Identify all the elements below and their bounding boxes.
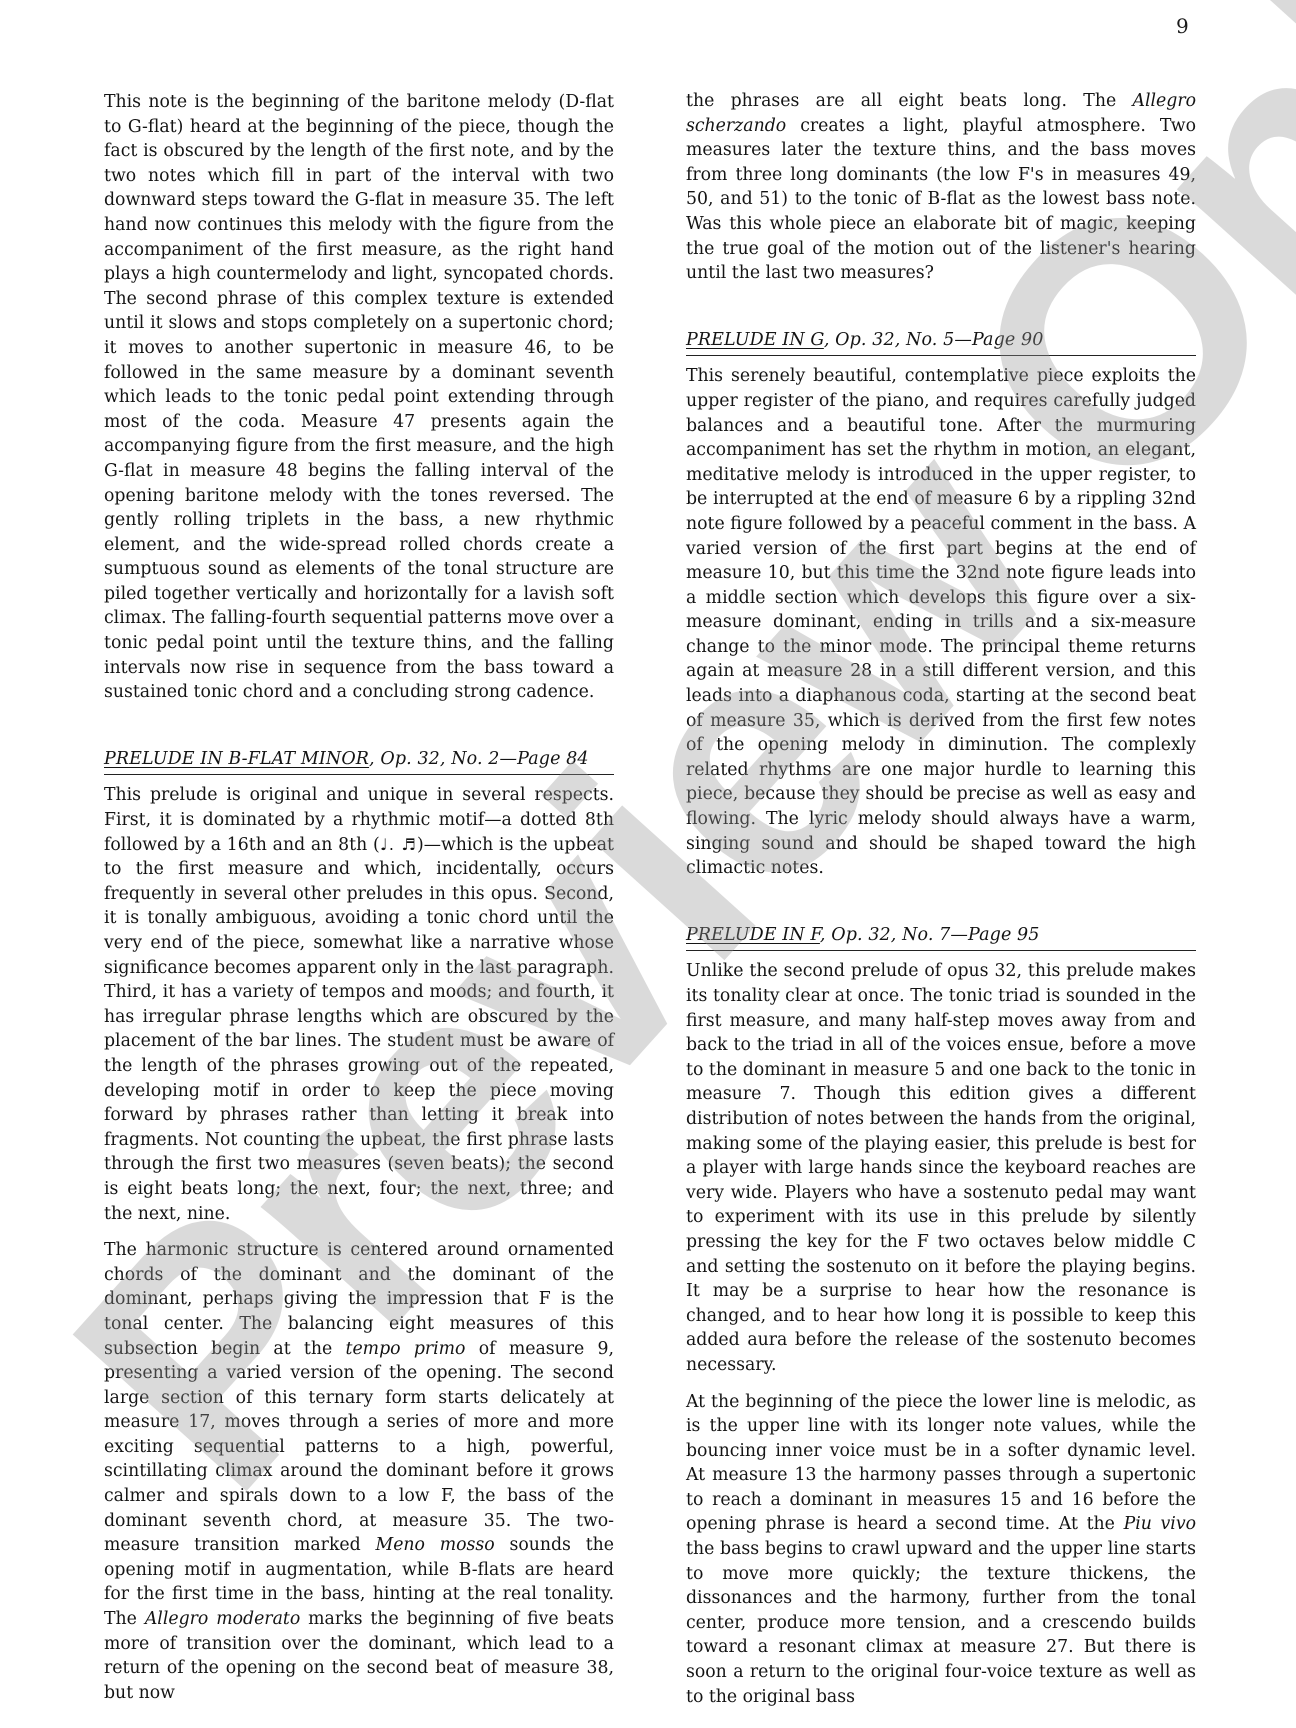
text-run: )—which is the upbeat to the first measu… xyxy=(104,835,614,1224)
section-heading-b-flat-minor: PRELUDE IN B-FLAT MINOR, Op. 32, No. 2—P… xyxy=(104,747,614,776)
heading-opus: , Op. 32, No. 2—Page 84 xyxy=(369,749,589,769)
f-major-paragraph-2: At the beginning of the piece the lower … xyxy=(686,1390,1196,1710)
left-column: This note is the beginning of the barito… xyxy=(104,90,614,1717)
heading-title: PRELUDE IN B-FLAT MINOR xyxy=(104,749,369,769)
b-flat-minor-paragraph-1: This prelude is original and unique in s… xyxy=(104,783,614,1226)
tempo-marking: Piu vivo xyxy=(1124,1514,1196,1534)
heading-title: PRELUDE IN F xyxy=(686,925,820,945)
page-number: 9 xyxy=(1176,14,1189,38)
right-column: the phrases are all eight beats long. Th… xyxy=(686,89,1196,1721)
text-run: of measure 9, presenting a varied versio… xyxy=(104,1339,614,1556)
rhythm-notation-icon: ♩. ♬ xyxy=(380,835,417,854)
text-run: At the beginning of the piece the lower … xyxy=(686,1392,1196,1535)
section-heading-f-major: PRELUDE IN F, Op. 32, No. 7—Page 95 xyxy=(686,923,1196,952)
document-page: 9 This note is the beginning of the bari… xyxy=(0,0,1296,1728)
text-run: the phrases are all eight beats long. Th… xyxy=(686,91,1133,111)
section-heading-g-major: PRELUDE IN G, Op. 32, No. 5—Page 90 xyxy=(686,328,1196,357)
tempo-marking: Allegro moderato xyxy=(145,1609,300,1629)
g-major-paragraph: This serenely beautiful, contemplative p… xyxy=(686,364,1196,880)
text-run: creates a light, playful atmosphere. Two… xyxy=(686,116,1196,284)
heading-opus: , Op. 32, No. 7—Page 95 xyxy=(820,925,1040,945)
text-run: the bass begins to crawl upward and the … xyxy=(686,1539,1196,1707)
b-flat-minor-paragraph-2: The harmonic structure is centered aroun… xyxy=(104,1238,614,1705)
heading-title: PRELUDE IN G xyxy=(686,330,824,350)
f-major-paragraph-1: Unlike the second prelude of opus 32, th… xyxy=(686,959,1196,1377)
continuation-paragraph: the phrases are all eight beats long. Th… xyxy=(686,89,1196,286)
tempo-marking: tempo primo xyxy=(346,1339,466,1359)
heading-opus: , Op. 32, No. 5—Page 90 xyxy=(824,330,1044,350)
intro-paragraph: This note is the beginning of the barito… xyxy=(104,90,614,705)
tempo-marking: Meno mosso xyxy=(376,1535,495,1555)
